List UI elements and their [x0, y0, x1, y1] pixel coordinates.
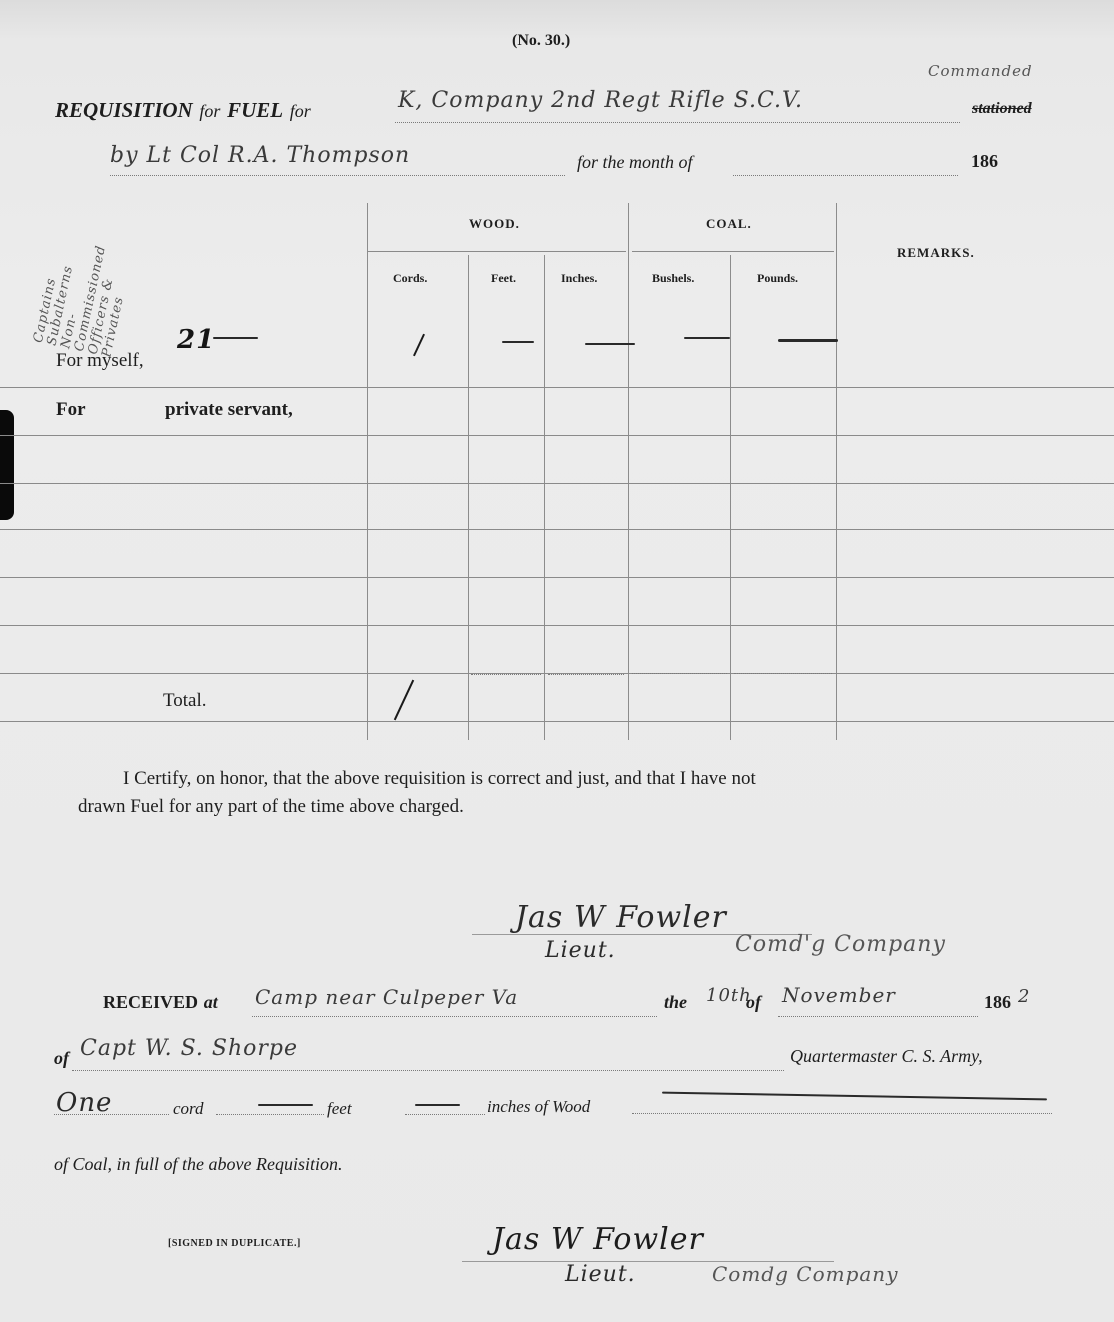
inches-value-myself[interactable]	[585, 343, 635, 345]
row-label-for: For	[56, 399, 86, 421]
col-header-inches: Inches.	[561, 271, 597, 286]
unit-underline	[395, 122, 960, 123]
form-number: (No. 30.)	[512, 32, 570, 50]
total-feet-rule	[471, 674, 541, 675]
unit-field[interactable]: K, Company 2nd Regt Rifle S.C.V.	[398, 88, 803, 113]
received-label: RECEIVED	[103, 992, 198, 1012]
certification-signature-role: Comd'g Company	[735, 932, 946, 957]
row-label-servant: private servant,	[165, 399, 293, 421]
col-divider	[730, 255, 731, 740]
received-line: RECEIVED at	[103, 992, 218, 1013]
row-rule	[0, 721, 1114, 722]
month-underline	[733, 175, 958, 176]
cords-value-myself[interactable]	[413, 334, 425, 357]
count-dash	[213, 337, 258, 339]
by-field[interactable]: by Lt Col R.A. Thompson	[110, 143, 410, 168]
certification-text-2: drawn Fuel for any part of the time abov…	[78, 796, 464, 818]
received-day-field[interactable]: 10th	[706, 985, 752, 1006]
col-header-feet: Feet.	[491, 271, 516, 286]
header-coal: COAL.	[706, 216, 752, 232]
total-inches-rule	[548, 674, 624, 675]
row-rule	[0, 577, 1114, 578]
at-label: at	[204, 992, 218, 1012]
year-prefix: 186	[971, 151, 998, 172]
wood-header-rule	[368, 251, 626, 252]
total-cords-value[interactable]	[394, 680, 414, 721]
certification-text-1: I Certify, on honor, that the above requ…	[123, 768, 756, 790]
requisition-form-page: (No. 30.) REQUISITION for FUEL for K, Co…	[0, 0, 1114, 1322]
of-label: of	[746, 992, 761, 1013]
row-count-myself[interactable]: 21	[177, 325, 215, 355]
the-label: the	[664, 992, 687, 1013]
quartermaster-underline	[72, 1070, 784, 1071]
stationed-correction: Commanded	[928, 62, 1033, 80]
receipt-signature-title: Lieut.	[565, 1262, 636, 1287]
received-place-field[interactable]: Camp near Culpeper Va	[255, 985, 518, 1009]
col-header-bushels: Bushels.	[652, 271, 694, 286]
by-underline	[110, 175, 565, 176]
quartermaster-label: Quartermaster C. S. Army,	[790, 1046, 983, 1067]
receipt-signature-role: Comdg Company	[712, 1262, 899, 1286]
coal-label: of Coal, in full of the above Requisitio…	[54, 1154, 342, 1175]
quartermaster-name-field[interactable]: Capt W. S. Shorpe	[80, 1036, 298, 1061]
certification-signature-title: Lieut.	[545, 938, 616, 963]
place-underline	[252, 1016, 657, 1017]
received-month-field[interactable]: November	[782, 983, 896, 1007]
inches-of-wood-label: inches of Wood	[487, 1097, 590, 1117]
stationed-label: stationed	[972, 100, 1032, 118]
receipt-year-prefix: 186	[984, 992, 1011, 1013]
cord-label: cord	[173, 1099, 204, 1119]
pounds-value-myself[interactable]	[778, 339, 838, 342]
total-pounds-rule	[734, 673, 832, 674]
feet-label: feet	[327, 1099, 352, 1119]
total-bushels-rule	[632, 673, 727, 674]
feet-value-myself[interactable]	[502, 341, 534, 343]
receipt-year-suffix[interactable]: 2	[1018, 986, 1030, 1007]
col-header-pounds: Pounds.	[757, 271, 798, 286]
coal-header-rule	[632, 251, 834, 252]
receipt-signature[interactable]: Jas W Fowler	[492, 1222, 704, 1257]
col-header-cords: Cords.	[393, 271, 427, 286]
row-label-myself: For myself,	[56, 350, 144, 372]
title-requisition: REQUISITION	[55, 98, 193, 122]
binding-stain	[0, 410, 14, 520]
row-rule	[0, 529, 1114, 530]
header-wood: WOOD.	[469, 216, 520, 232]
col-divider	[836, 203, 837, 740]
margin-note: Captains Subalterns Non- Commissioned Of…	[40, 215, 240, 325]
row-rule	[0, 387, 1114, 388]
col-divider	[628, 203, 629, 740]
signed-in-duplicate-label: [SIGNED IN DUPLICATE.]	[168, 1238, 301, 1249]
title-for: for	[199, 101, 220, 121]
col-divider	[468, 255, 469, 740]
amount-field[interactable]: One	[56, 1088, 112, 1118]
title-fuel: FUEL	[227, 98, 283, 122]
col-divider	[367, 203, 368, 740]
row-rule	[0, 625, 1114, 626]
coal-underline	[632, 1113, 1052, 1114]
receipt-coal-value[interactable]	[662, 1092, 1047, 1101]
row-rule	[0, 435, 1114, 436]
total-label: Total.	[163, 690, 207, 712]
row-rule	[0, 483, 1114, 484]
certification-signature[interactable]: Jas W Fowler	[515, 900, 727, 935]
header-remarks: REMARKS.	[897, 245, 975, 261]
title-for-2: for	[290, 101, 311, 121]
feet-underline	[216, 1114, 324, 1115]
inches-underline	[405, 1114, 485, 1115]
month-label: for the month of	[577, 152, 693, 173]
of-label-2: of	[54, 1048, 69, 1069]
bushels-value-myself[interactable]	[684, 337, 730, 339]
receipt-feet-value[interactable]	[258, 1104, 313, 1106]
receipt-inches-value[interactable]	[415, 1104, 460, 1106]
month-receipt-underline	[778, 1016, 978, 1017]
title-line: REQUISITION for FUEL for	[55, 98, 311, 123]
col-divider	[544, 255, 545, 740]
